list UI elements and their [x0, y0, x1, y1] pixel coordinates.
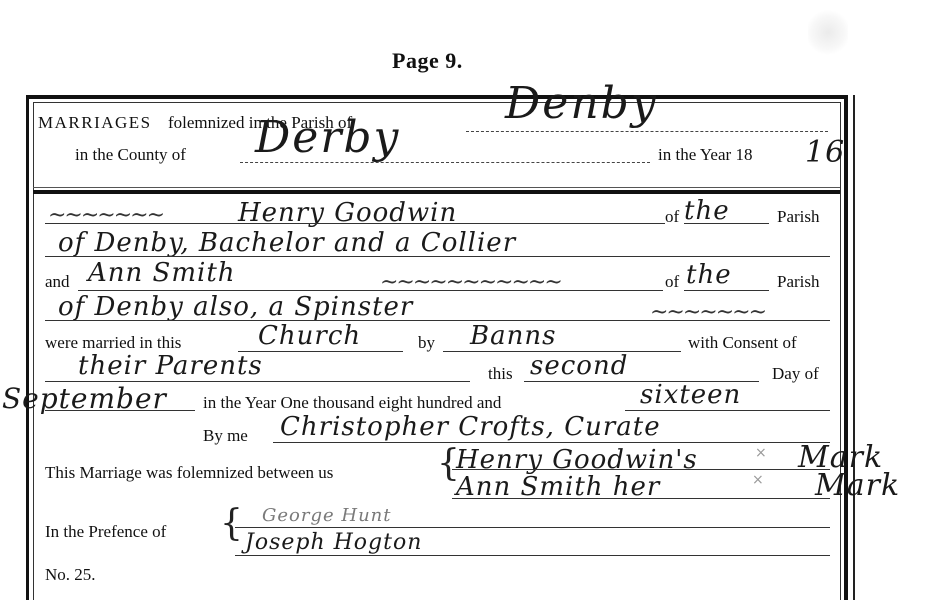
ceremony-method: Banns [470, 321, 556, 351]
header-county-label: in the County of [75, 145, 186, 165]
witnesses-brace: { [220, 506, 243, 542]
groom-sign-rule [452, 469, 830, 470]
bride-x-mark: × [752, 472, 764, 488]
register-frame-outer-right [853, 95, 855, 600]
bride-of-rule [684, 290, 769, 291]
officiant-rule [273, 442, 830, 443]
bride-rule [78, 290, 663, 291]
ceremony-year-words: sixteen [640, 380, 741, 410]
groom-parish-label: Parish [777, 207, 820, 227]
by-me-label: By me [203, 426, 248, 446]
fill-squiggle: ~~~~~~~ [48, 203, 163, 228]
officiant-name: Christopher Crofts, Curate [280, 412, 661, 442]
groom-of-value: the [684, 196, 730, 226]
groom-x-mark: × [755, 445, 767, 461]
ceremony-place: Church [258, 321, 361, 351]
bride-parish-label: Parish [777, 272, 820, 292]
header-year-label: in the Year 18 [658, 145, 752, 165]
page-number: Page 9. [392, 48, 463, 74]
entry-number: No. 25. [45, 565, 96, 585]
parish-value: Denby [505, 78, 658, 129]
bride-sign-rule [452, 498, 830, 499]
paper-smudge [808, 10, 848, 55]
header-year-value: 16 [805, 135, 845, 170]
groom-description: of Denby, Bachelor and a Collier [58, 228, 516, 258]
solemnized-label: This Marriage was folemnized between us [45, 463, 333, 483]
year-text-label: in the Year One thousand eight hundred a… [203, 393, 501, 413]
groom-description-rule [45, 256, 830, 257]
year-words-rule [625, 410, 830, 411]
header-divider [33, 190, 840, 194]
married-in-label: were married in this [45, 333, 181, 353]
ceremony-day: second [530, 351, 628, 381]
fill-squiggle: ~~~~~~~ [650, 300, 765, 325]
header-title: MARRIAGES [38, 113, 152, 133]
witness-1: George Hunt [262, 505, 392, 526]
month-rule [45, 410, 195, 411]
witness-2: Joseph Hogton [245, 530, 422, 555]
bride-description-rule [45, 320, 830, 321]
this-label: this [488, 364, 513, 384]
witness-1-rule [235, 527, 830, 528]
groom-of-rule [684, 223, 769, 224]
parish-rule [466, 131, 828, 132]
groom-signature: Henry Goodwin's [456, 445, 698, 475]
groom-of-label: of [665, 207, 679, 227]
day-of-label: Day of [772, 364, 819, 384]
by-label: by [418, 333, 435, 353]
bride-description: of Denby also, a Spinster [58, 292, 413, 322]
consent-label: with Consent of [688, 333, 797, 353]
groom-rule [45, 223, 665, 224]
witness-2-rule [235, 555, 830, 556]
bride-name: Ann Smith [88, 258, 236, 288]
header-divider-thin [33, 187, 840, 188]
bride-and-label: and [45, 272, 70, 292]
witnesses-label: In the Prefence of [45, 522, 166, 542]
consent-of-value: their Parents [78, 351, 263, 381]
county-rule [240, 162, 650, 163]
bride-of-value: the [686, 260, 732, 290]
county-value: Derby [255, 112, 400, 163]
bride-of-label: of [665, 272, 679, 292]
